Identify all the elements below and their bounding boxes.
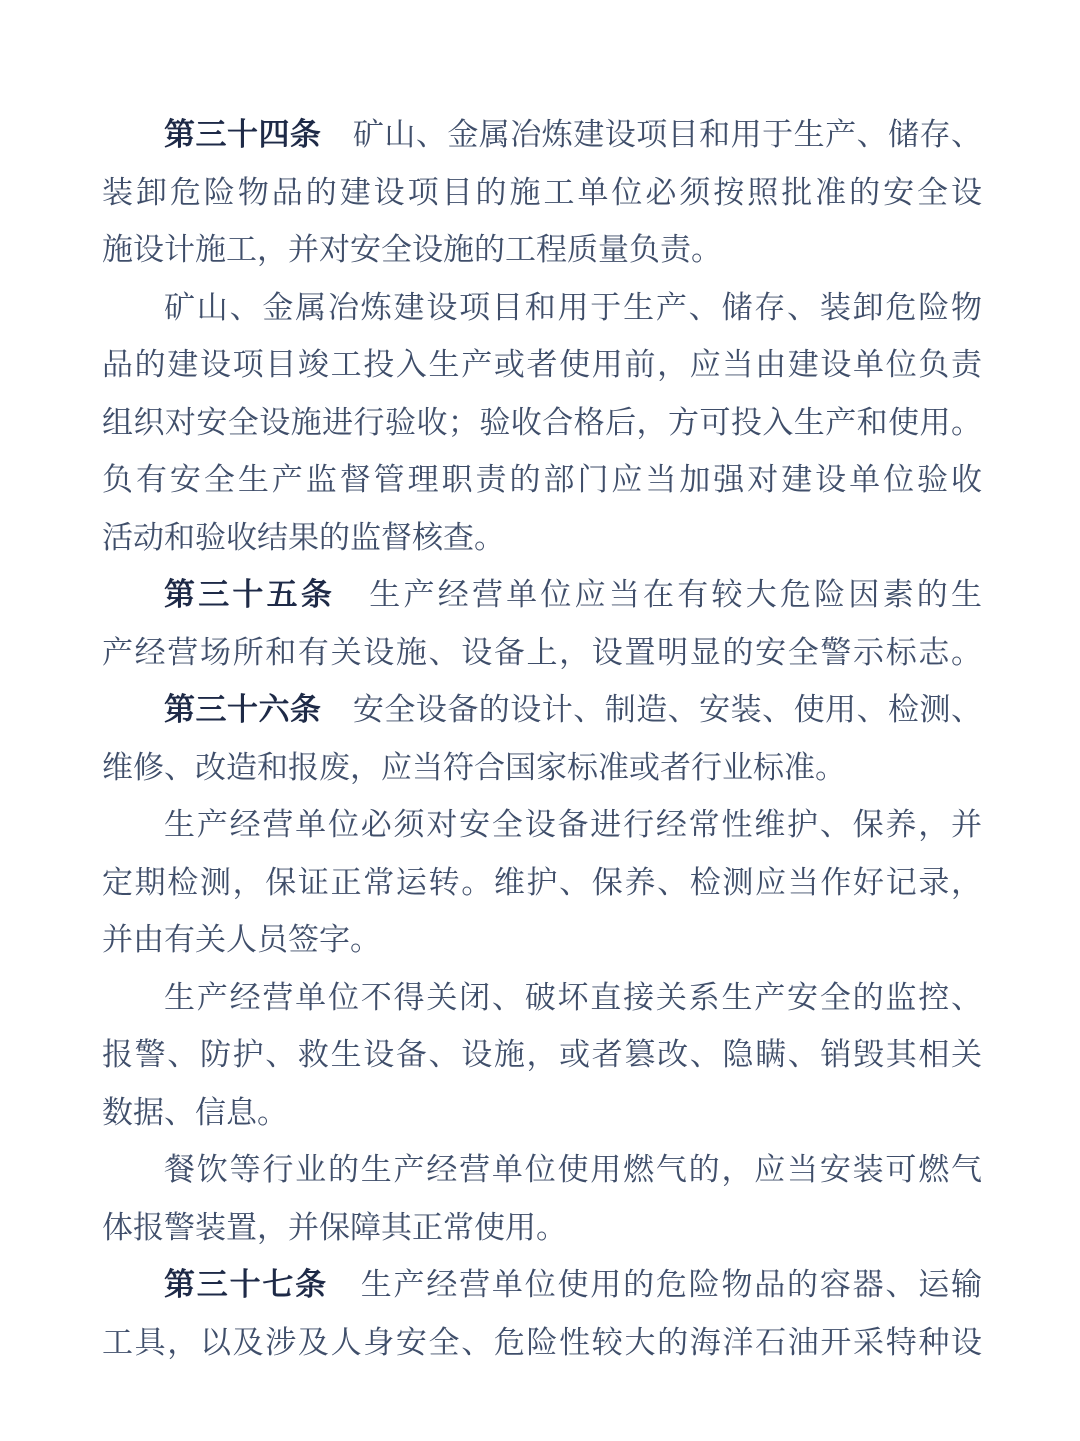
text-line: 负有安全生产监督管理职责的部门应当加强对建设单位验收	[102, 451, 982, 509]
text-line: 第三十七条 生产经营单位使用的危险物品的容器、运输	[102, 1256, 982, 1314]
line-text: 负有安全生产监督管理职责的部门应当加强对建设单位验收	[102, 462, 982, 497]
text-line: 品的建设项目竣工投入生产或者使用前，应当由建设单位负责	[102, 336, 982, 394]
article-number: 第三十六条	[164, 692, 321, 727]
text-line: 数据、信息。	[102, 1084, 982, 1142]
line-text: 工具，以及涉及人身安全、危险性较大的海洋石油开采特种设	[102, 1325, 982, 1360]
line-text: 维修、改造和报废，应当符合国家标准或者行业标准。	[102, 750, 846, 785]
line-text: 生产经营单位使用的危险物品的容器、运输	[328, 1267, 982, 1302]
text-line: 装卸危险物品的建设项目的施工单位必须按照批准的安全设	[102, 164, 982, 222]
line-text: 装卸危险物品的建设项目的施工单位必须按照批准的安全设	[102, 175, 982, 210]
article-number: 第三十七条	[164, 1267, 328, 1302]
text-line: 矿山、金属冶炼建设项目和用于生产、储存、装卸危险物	[102, 279, 982, 337]
page: 第三十四条 矿山、金属冶炼建设项目和用于生产、储存、装卸危险物品的建设项目的施工…	[0, 0, 1080, 1441]
line-text: 组织对安全设施进行验收；验收合格后，方可投入生产和使用。	[102, 405, 982, 440]
text-line: 第三十六条 安全设备的设计、制造、安装、使用、检测、	[102, 681, 982, 739]
line-text: 施设计施工，并对安全设施的工程质量负责。	[102, 232, 722, 267]
line-text: 体报警装置，并保障其正常使用。	[102, 1210, 567, 1245]
text-line: 工具，以及涉及人身安全、危险性较大的海洋石油开采特种设	[102, 1314, 982, 1372]
text-line: 第三十四条 矿山、金属冶炼建设项目和用于生产、储存、	[102, 106, 982, 164]
line-text: 安全设备的设计、制造、安装、使用、检测、	[321, 692, 982, 727]
text-line: 第三十五条 生产经营单位应当在有较大危险因素的生	[102, 566, 982, 624]
line-text: 报警、防护、救生设备、设施，或者篡改、隐瞒、销毁其相关	[102, 1037, 982, 1072]
line-text: 活动和验收结果的监督核查。	[102, 520, 505, 555]
paragraph-article-34-para-2: 矿山、金属冶炼建设项目和用于生产、储存、装卸危险物品的建设项目竣工投入生产或者使…	[102, 279, 982, 567]
article-number: 第三十四条	[164, 117, 321, 152]
legal-text-block: 第三十四条 矿山、金属冶炼建设项目和用于生产、储存、装卸危险物品的建设项目的施工…	[102, 106, 982, 1371]
paragraph-article-36-para-3: 生产经营单位不得关闭、破坏直接关系生产安全的监控、报警、防护、救生设备、设施，或…	[102, 969, 982, 1142]
line-text: 定期检测，保证正常运转。维护、保养、检测应当作好记录，	[102, 865, 982, 900]
paragraph-article-36-para-1: 第三十六条 安全设备的设计、制造、安装、使用、检测、维修、改造和报废，应当符合国…	[102, 681, 982, 796]
text-line: 产经营场所和有关设施、设备上，设置明显的安全警示标志。	[102, 624, 982, 682]
text-line: 维修、改造和报废，应当符合国家标准或者行业标准。	[102, 739, 982, 797]
paragraph-article-34-para-1: 第三十四条 矿山、金属冶炼建设项目和用于生产、储存、装卸危险物品的建设项目的施工…	[102, 106, 982, 279]
line-text: 生产经营单位应当在有较大危险因素的生	[335, 577, 982, 612]
paragraph-article-35-para-1: 第三十五条 生产经营单位应当在有较大危险因素的生产经营场所和有关设施、设备上，设…	[102, 566, 982, 681]
text-line: 生产经营单位不得关闭、破坏直接关系生产安全的监控、	[102, 969, 982, 1027]
line-text: 矿山、金属冶炼建设项目和用于生产、储存、装卸危险物	[164, 290, 982, 325]
text-line: 定期检测，保证正常运转。维护、保养、检测应当作好记录，	[102, 854, 982, 912]
line-text: 生产经营单位不得关闭、破坏直接关系生产安全的监控、	[164, 980, 982, 1015]
line-text: 生产经营单位必须对安全设备进行经常性维护、保养，并	[164, 807, 982, 842]
text-line: 施设计施工，并对安全设施的工程质量负责。	[102, 221, 982, 279]
text-line: 餐饮等行业的生产经营单位使用燃气的，应当安装可燃气	[102, 1141, 982, 1199]
text-line: 报警、防护、救生设备、设施，或者篡改、隐瞒、销毁其相关	[102, 1026, 982, 1084]
line-text: 数据、信息。	[102, 1095, 288, 1130]
line-text: 品的建设项目竣工投入生产或者使用前，应当由建设单位负责	[102, 347, 982, 382]
text-line: 体报警装置，并保障其正常使用。	[102, 1199, 982, 1257]
line-text: 餐饮等行业的生产经营单位使用燃气的，应当安装可燃气	[164, 1152, 982, 1187]
line-text: 并由有关人员签字。	[102, 922, 381, 957]
text-line: 并由有关人员签字。	[102, 911, 982, 969]
document-page: { "page": { "width": 1080, "height": 144…	[0, 0, 1080, 1441]
text-line: 活动和验收结果的监督核查。	[102, 509, 982, 567]
text-line: 生产经营单位必须对安全设备进行经常性维护、保养，并	[102, 796, 982, 854]
paragraph-article-37-para-1: 第三十七条 生产经营单位使用的危险物品的容器、运输工具，以及涉及人身安全、危险性…	[102, 1256, 982, 1371]
line-text: 矿山、金属冶炼建设项目和用于生产、储存、	[321, 117, 982, 152]
text-line: 组织对安全设施进行验收；验收合格后，方可投入生产和使用。	[102, 394, 982, 452]
article-number: 第三十五条	[164, 577, 335, 612]
paragraph-article-36-para-2: 生产经营单位必须对安全设备进行经常性维护、保养，并定期检测，保证正常运转。维护、…	[102, 796, 982, 969]
paragraph-article-36-para-4: 餐饮等行业的生产经营单位使用燃气的，应当安装可燃气体报警装置，并保障其正常使用。	[102, 1141, 982, 1256]
line-text: 产经营场所和有关设施、设备上，设置明显的安全警示标志。	[102, 635, 982, 670]
